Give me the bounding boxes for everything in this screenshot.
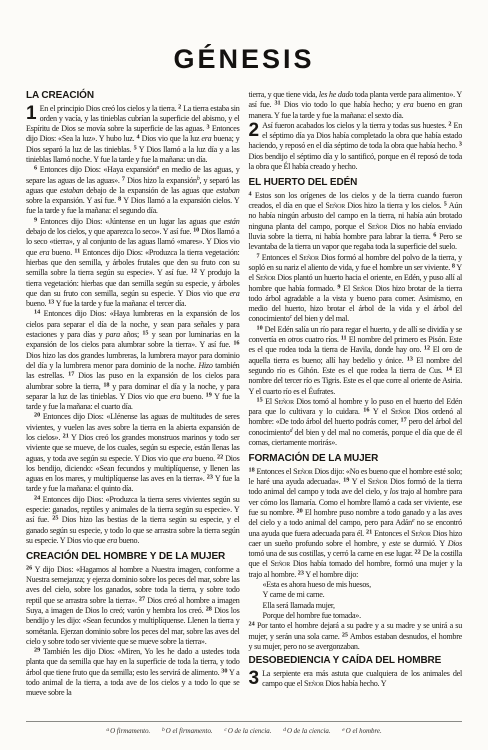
footnote-marker: c <box>224 727 226 733</box>
chapter-number-2: 2 <box>249 122 260 140</box>
verse-paragraph: tierra, y que tiene vida, les he dado to… <box>249 90 463 121</box>
section-heading-creacion-hombre: CREACIÓN DEL HOMBRE Y DE LA MUJER <box>26 551 240 563</box>
footnote-text: O el hombre. <box>346 728 382 735</box>
poem-line: Porque del hombre fue tomada». <box>263 611 463 621</box>
section-heading-la-creacion: LA CREACIÓN <box>26 90 240 102</box>
verse-paragraph: 10 Del Edén salía un río para regar el h… <box>249 325 463 397</box>
footnote-marker: d <box>283 727 286 733</box>
verse-paragraph: 6 Entonces dijo Dios: «Haya expansióna e… <box>26 165 240 216</box>
page-footer: aO firmamento. bO el firmamento. cO de l… <box>0 716 488 750</box>
verse-paragraph: 9 Entonces dijo Dios: «Júntense en un lu… <box>26 217 240 310</box>
poetry-block: «Esta es ahora hueso de mis huesos, Y ca… <box>263 580 463 621</box>
poem-line: «Esta es ahora hueso de mis huesos, <box>263 580 463 590</box>
verse-paragraph: 24 Por tanto el hombre dejará a su padre… <box>249 621 463 652</box>
verse-paragraph: 15 El Señor Dios tomó al hombre y lo pus… <box>249 397 463 448</box>
poem-line: Ella será llamada mujer, <box>263 601 463 611</box>
poem-line: Y carne de mi carne. <box>263 590 463 600</box>
footnote-marker: a <box>106 727 109 733</box>
verse-paragraph: 7 Entonces el Señor Dios formó al hombre… <box>249 253 463 325</box>
chapter-number-3: 3 <box>249 670 260 688</box>
verse-paragraph: 20 Entonces dijo Dios: «Llénense las agu… <box>26 412 240 494</box>
verse-paragraph: 14 Entonces dijo Dios: «Haya lumbreras e… <box>26 309 240 412</box>
text-column-left: LA CREACIÓN 1En el principio Dios creó l… <box>26 90 240 699</box>
bible-page: GÉNESIS LA CREACIÓN 1En el principio Dio… <box>0 0 488 750</box>
verse-paragraph: 29 También les dijo Dios: «Miren, Yo les… <box>26 647 240 698</box>
footnotes: aO firmamento. bO el firmamento. cO de l… <box>26 726 462 736</box>
verse-paragraph: 26 Y dijo Dios: «Hagamos al hombre a Nue… <box>26 565 240 647</box>
footnote-text: O de la ciencia. <box>287 728 331 735</box>
section-heading-desobediencia: DESOBEDIENCIA Y CAÍDA DEL HOMBRE <box>249 655 463 667</box>
verse-paragraph: 1En el principio Dios creó los cielos y … <box>26 104 240 166</box>
footnote-item: cO de la ciencia. <box>224 728 271 735</box>
footnote-divider <box>26 721 462 722</box>
verse-paragraph: 24 Entonces dijo Dios: «Produzca la tier… <box>26 495 240 546</box>
footnote-item: bO el firmamento. <box>162 728 213 735</box>
footnote-text: O el firmamento. <box>166 728 213 735</box>
footnote-item: dO de la ciencia. <box>283 728 330 735</box>
verse-text: En el principio Dios creó los cielos y l… <box>26 104 240 164</box>
footnote-marker: e <box>342 727 344 733</box>
footnote-marker: b <box>162 727 165 733</box>
footnote-text: O de la ciencia. <box>228 728 272 735</box>
book-title: GÉNESIS <box>0 0 488 75</box>
chapter-number-1: 1 <box>26 105 37 123</box>
verse-paragraph: 3La serpiente era más astuta que cualqui… <box>249 669 463 690</box>
footnote-item: aO firmamento. <box>106 728 150 735</box>
verse-paragraph: 18 Entonces el Señor Dios dijo: «No es b… <box>249 467 463 580</box>
verse-paragraph: 2Así fueron acabados los cielos y la tie… <box>249 121 463 172</box>
footnote-item: eO el hombre. <box>342 728 381 735</box>
section-heading-formacion-mujer: FORMACIÓN DE LA MUJER <box>249 453 463 465</box>
verse-text: La serpiente era más astuta que cualquie… <box>262 669 462 688</box>
verse-text: Así fueron acabados los cielos y la tier… <box>249 121 463 171</box>
two-column-text: LA CREACIÓN 1En el principio Dios creó l… <box>26 90 462 699</box>
section-heading-huerto-eden: EL HUERTO DEL EDÉN <box>249 177 463 189</box>
text-column-right: tierra, y que tiene vida, les he dado to… <box>249 90 463 699</box>
verse-paragraph: 4 Estos son los orígenes de los cielos y… <box>249 191 463 253</box>
footnote-text: O firmamento. <box>110 728 150 735</box>
